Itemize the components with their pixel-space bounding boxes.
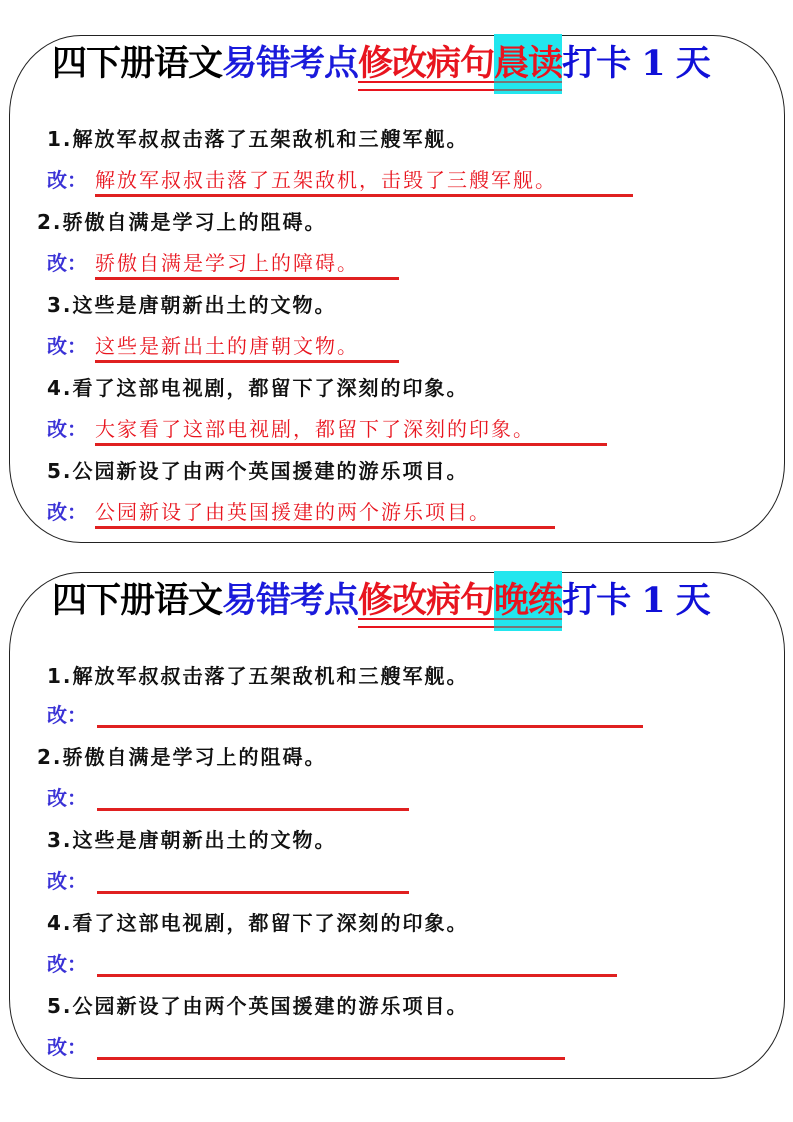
question-1: 1.解放军叔叔击落了五架敌机和三艘军舰。 xyxy=(47,660,469,689)
answer-blank-line[interactable] xyxy=(97,1035,565,1060)
answer-row-5: 改：公园新设了由英国援建的两个游乐项目。 xyxy=(47,496,555,529)
title-topic: 易错考点 xyxy=(222,43,358,84)
answer-text: 大家看了这部电视剧，都留下了深刻的印象。 xyxy=(95,413,607,446)
title-topic: 易错考点 xyxy=(222,580,358,621)
title-session-highlight: 晨读 xyxy=(494,34,562,94)
answer-row-3: 改： xyxy=(47,865,409,894)
answer-blank-line[interactable] xyxy=(97,786,409,811)
question-2: 2.骄傲自满是学习上的阻碍。 xyxy=(37,741,327,770)
question-5: 5.公园新设了由两个英国援建的游乐项目。 xyxy=(47,990,469,1019)
answer-blank-line[interactable] xyxy=(97,869,409,894)
question-5: 5.公园新设了由两个英国援建的游乐项目。 xyxy=(47,455,469,484)
answer-row-3: 改：这些是新出土的唐朝文物。 xyxy=(47,330,399,363)
answer-text: 解放军叔叔击落了五架敌机，击毁了三艘军舰。 xyxy=(95,164,633,197)
answer-label: 改： xyxy=(47,952,87,976)
answer-label: 改： xyxy=(47,869,87,893)
question-2: 2.骄傲自满是学习上的阻碍。 xyxy=(37,206,327,235)
answer-label: 改： xyxy=(47,500,87,524)
evening-practice-card: 四下册语文易错考点修改病句晚练打卡 1 天 1.解放军叔叔击落了五架敌机和三艘军… xyxy=(9,572,785,1079)
answer-row-2: 改：骄傲自满是学习上的障碍。 xyxy=(47,247,399,280)
answer-label: 改： xyxy=(47,251,87,275)
answer-row-2: 改： xyxy=(47,782,409,811)
card-title: 四下册语文易错考点修改病句晨读打卡 1 天 xyxy=(52,34,710,94)
answer-text: 骄傲自满是学习上的障碍。 xyxy=(95,247,399,280)
answer-label: 改： xyxy=(47,703,87,727)
morning-reading-card: 四下册语文易错考点修改病句晨读打卡 1 天 1.解放军叔叔击落了五架敌机和三艘军… xyxy=(9,35,785,543)
answer-row-1: 改： xyxy=(47,699,643,728)
title-session-highlight: 晚练 xyxy=(494,571,562,631)
title-grade: 四下册语文 xyxy=(52,43,222,84)
title-checkin: 打卡 1 天 xyxy=(562,43,710,84)
card-title: 四下册语文易错考点修改病句晚练打卡 1 天 xyxy=(52,571,710,631)
title-subject: 修改病句 xyxy=(358,34,494,94)
question-3: 3.这些是唐朝新出土的文物。 xyxy=(47,289,337,318)
answer-label: 改： xyxy=(47,1035,87,1059)
answer-label: 改： xyxy=(47,168,87,192)
answer-text: 公园新设了由英国援建的两个游乐项目。 xyxy=(95,496,555,529)
answer-label: 改： xyxy=(47,334,87,358)
title-grade: 四下册语文 xyxy=(52,580,222,621)
answer-label: 改： xyxy=(47,786,87,810)
answer-row-5: 改： xyxy=(47,1031,565,1060)
answer-blank-line[interactable] xyxy=(97,703,643,728)
answer-row-1: 改：解放军叔叔击落了五架敌机，击毁了三艘军舰。 xyxy=(47,164,633,197)
title-checkin: 打卡 1 天 xyxy=(562,580,710,621)
question-3: 3.这些是唐朝新出土的文物。 xyxy=(47,824,337,853)
title-subject: 修改病句 xyxy=(358,571,494,631)
question-4: 4.看了这部电视剧，都留下了深刻的印象。 xyxy=(47,907,469,936)
answer-label: 改： xyxy=(47,417,87,441)
question-1: 1.解放军叔叔击落了五架敌机和三艘军舰。 xyxy=(47,123,469,152)
answer-row-4: 改：大家看了这部电视剧，都留下了深刻的印象。 xyxy=(47,413,607,446)
answer-row-4: 改： xyxy=(47,948,617,977)
answer-text: 这些是新出土的唐朝文物。 xyxy=(95,330,399,363)
answer-blank-line[interactable] xyxy=(97,952,617,977)
question-4: 4.看了这部电视剧，都留下了深刻的印象。 xyxy=(47,372,469,401)
